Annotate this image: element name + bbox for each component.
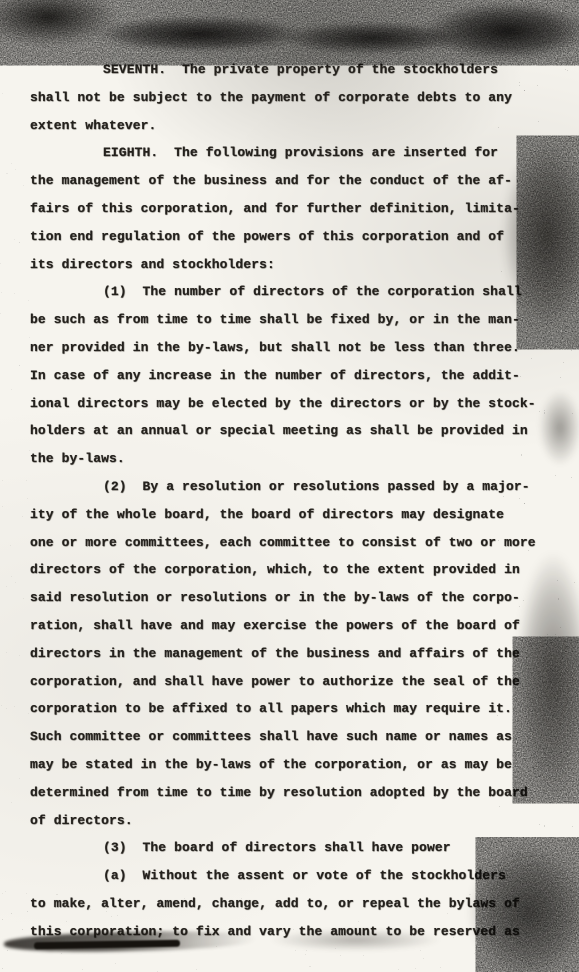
- text-line: corporation to be affixed to all papers …: [30, 695, 565, 723]
- text-line: ity of the whole board, the board of dir…: [30, 501, 565, 529]
- text-line: to make, alter, amend, change, add to, o…: [30, 890, 565, 918]
- text-line-content: shall not be subject to the payment of c…: [30, 90, 512, 105]
- typed-text-block: SEVENTH. The private property of the sto…: [30, 56, 565, 946]
- text-line: extent whatever.: [30, 112, 565, 140]
- text-line-content: ner provided in the by-laws, but shall n…: [30, 340, 520, 355]
- text-line: be such as from time to time shall be fi…: [30, 306, 565, 334]
- text-line: one or more committees, each committee t…: [30, 529, 565, 557]
- text-line: (2) By a resolution or resolutions passe…: [30, 473, 565, 501]
- text-line: the by-laws.: [30, 445, 565, 473]
- text-line-content: Such committee or committees shall have …: [30, 729, 512, 744]
- text-line-content: the management of the business and for t…: [30, 173, 512, 188]
- text-line: its directors and stockholders:: [30, 251, 565, 279]
- text-line: SEVENTH. The private property of the sto…: [30, 56, 565, 84]
- text-line-content: to make, alter, amend, change, add to, o…: [30, 896, 520, 911]
- text-line: corporation, and shall have power to aut…: [30, 668, 565, 696]
- text-line-content: corporation to be affixed to all papers …: [30, 701, 512, 716]
- text-line-content: directors in the management of the busin…: [30, 646, 520, 661]
- text-line-content: (3) The board of directors shall have po…: [103, 840, 451, 855]
- text-line: this corporation; to fix and vary the am…: [30, 918, 565, 946]
- text-line-content: corporation, and shall have power to aut…: [30, 674, 520, 689]
- ink-blotch-top-header-2: [280, 22, 465, 54]
- text-line-content: be such as from time to time shall be fi…: [30, 312, 520, 327]
- text-line-content: fairs of this corporation, and for furth…: [30, 201, 520, 216]
- text-line-content: one or more committees, each committee t…: [30, 535, 536, 550]
- text-line: of directors.: [30, 807, 565, 835]
- text-line: (a) Without the assent or vote of the st…: [30, 862, 565, 890]
- text-line-content: ional directors may be elected by the di…: [30, 396, 536, 411]
- text-line-content: (a) Without the assent or vote of the st…: [103, 868, 506, 883]
- text-line: ration, shall have and may exercise the …: [30, 612, 565, 640]
- text-line: tion end regulation of the powers of thi…: [30, 223, 565, 251]
- text-line: determined from time to time by resoluti…: [30, 779, 565, 807]
- text-line-content: the by-laws.: [30, 451, 125, 466]
- text-line-content: ity of the whole board, the board of dir…: [30, 507, 504, 522]
- text-line-content: directors of the corporation, which, to …: [30, 562, 520, 577]
- text-line-content: ration, shall have and may exercise the …: [30, 618, 520, 633]
- text-line-content: EIGHTH. The following provisions are ins…: [103, 145, 498, 160]
- text-line: (1) The number of directors of the corpo…: [30, 278, 565, 306]
- text-line: ional directors may be elected by the di…: [30, 390, 565, 418]
- text-line: EIGHTH. The following provisions are ins…: [30, 139, 565, 167]
- text-line: the management of the business and for t…: [30, 167, 565, 195]
- text-line: Such committee or committees shall have …: [30, 723, 565, 751]
- text-line: said resolution or resolutions or in the…: [30, 584, 565, 612]
- text-line: ner provided in the by-laws, but shall n…: [30, 334, 565, 362]
- text-line-content: tion end regulation of the powers of thi…: [30, 229, 504, 244]
- text-line: (3) The board of directors shall have po…: [30, 834, 565, 862]
- text-line-content: SEVENTH. The private property of the sto…: [103, 62, 498, 77]
- text-line-content: its directors and stockholders:: [30, 257, 275, 272]
- text-line: directors in the management of the busin…: [30, 640, 565, 668]
- text-line-content: (2) By a resolution or resolutions passe…: [103, 479, 530, 494]
- text-line: may be stated in the by-laws of the corp…: [30, 751, 565, 779]
- text-line-content: may be stated in the by-laws of the corp…: [30, 757, 512, 772]
- text-line-content: of directors.: [30, 813, 133, 828]
- text-line-content: holders at an annual or special meeting …: [30, 423, 528, 438]
- text-line-content: said resolution or resolutions or in the…: [30, 590, 520, 605]
- text-line-content: In case of any increase in the number of…: [30, 368, 520, 383]
- document-page: SEVENTH. The private property of the sto…: [0, 0, 579, 972]
- text-line-content: extent whatever.: [30, 118, 156, 133]
- ink-blotch-top-left: [0, 0, 118, 46]
- text-line: directors of the corporation, which, to …: [30, 556, 565, 584]
- text-line-content: this corporation; to fix and vary the am…: [30, 924, 520, 939]
- text-line: In case of any increase in the number of…: [30, 362, 565, 390]
- text-line: fairs of this corporation, and for furth…: [30, 195, 565, 223]
- text-line-content: determined from time to time by resoluti…: [30, 785, 528, 800]
- ink-blotch-top-right: [425, 2, 579, 60]
- text-line-content: (1) The number of directors of the corpo…: [103, 284, 522, 299]
- ink-blotch-top-header-1: [95, 16, 305, 52]
- text-line: holders at an annual or special meeting …: [30, 417, 565, 445]
- text-line: shall not be subject to the payment of c…: [30, 84, 565, 112]
